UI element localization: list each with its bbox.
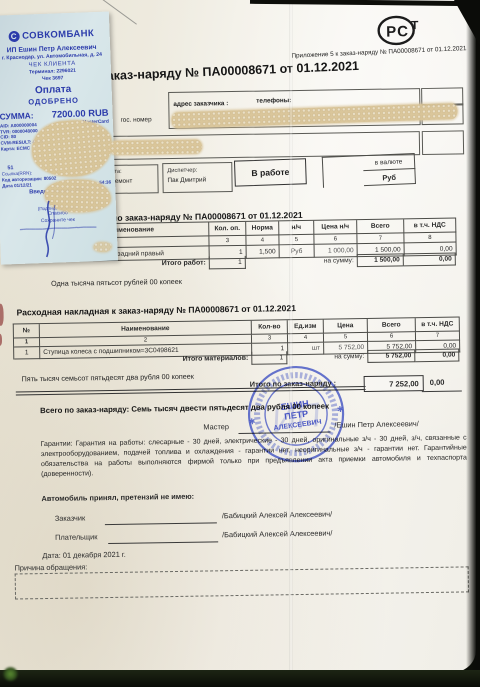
background-green-spot [3,667,18,681]
payer-label: Плательщик [55,532,97,542]
mat-sum: 5 752,00 [367,349,415,363]
payer-name: /Бабицкий Алексей Алексеевич/ [222,529,332,540]
stamp-star-right: ✱ [336,405,344,415]
mat-h-price: Цена [324,319,368,334]
materials-heading: Расходная накладная к заказ-наряду № ПА0… [16,303,296,317]
mat-total-label: Итого материалов: [13,352,251,369]
customer-name: /Бабицкий Алексей Алексеевич/ [222,510,332,521]
works-h-norm: Норма [246,221,279,236]
works-h-total: Всего [357,219,404,234]
materials-amount-words: Пять тысяч семьсот пятьдесят два рубля 0… [22,372,194,384]
company-stamp: ✱ ✱ ИП ЕШИН ПЕТР АЛЕКСЕЕВИЧ [235,356,358,474]
mat-total-qty: 1 [251,351,287,365]
grand-total-sum: 7 252,00 [364,375,424,392]
amount-label: СУММА: [0,110,34,122]
customer-signature-line [105,521,217,525]
address-label: адрес заказчика : [173,100,228,108]
reason-label: Причина обращения: [15,562,88,572]
date-line: Дата: 01 декабря 2021 г. [42,550,125,560]
mat-h-vat: в т.ч. НДС [416,317,460,332]
works-sum-label: на сумму: [314,254,357,268]
photo-edge-right [466,0,480,687]
works-amount-words: Одна тысяча пятьсот рублей 00 копеек [51,277,182,288]
dispatcher-label: Диспетчер: [167,168,197,174]
redaction-vehicle-info [110,140,202,155]
rst-letter-s: С [397,23,408,40]
works-h-price: Цена н/ч [314,220,357,235]
pen-signature-squiggle [35,199,66,263]
receipt-date: Дата 01/12/21 [2,182,32,189]
bank-logo-row: C СОВКОМБАНК [0,28,110,44]
mat-h-qty: Кол-во [252,320,288,335]
stamp-star-left: ✱ [248,417,256,427]
currency-table: в валюте Руб [322,153,416,188]
dispatcher-box: Диспетчер: Пак Дмитрий [162,162,232,193]
red-edge-mark-2 [0,334,2,346]
photo-edge-bottom [0,670,480,687]
mat-h-no: № [14,324,40,338]
mat-h-unit: Ед.изм [288,320,324,335]
status-box: В работе [234,158,307,186]
rst-letter-r: Р [386,23,396,40]
works-coln-3: 3 [209,236,246,247]
works-sum: 1 500,00 [357,253,404,267]
currency-value: Руб [363,169,416,186]
master-label: Мастер [203,422,229,431]
works-total-qty: 1 [209,256,246,270]
document-content: Р С Т Приложение 5 к заказ-наряду № ПА00… [0,0,480,676]
mat-coln-1: 1 [14,338,40,347]
works-h-qty: Кол. оп. [209,222,246,237]
works-coln-4: 4 [246,235,279,246]
works-coln-6: 6 [314,234,357,245]
document-paper: Р С Т Приложение 5 к заказ-наряду № ПА00… [0,0,476,672]
rst-letter-t: Т [411,18,419,32]
dispatcher-name: Пак Дмитрий [167,176,206,184]
works-h-vat: в т.ч. НДС [404,219,456,234]
rst-certification-icon: Р С Т [375,13,422,50]
grand-total-vat-rule [422,389,462,392]
works-vat: 0,00 [404,253,456,267]
works-h-nch: н/ч [279,221,314,236]
paper-fold-crease [289,0,293,672]
plate-label: гос. номер [120,116,151,123]
phones-label: телефоны: [256,97,291,105]
customer-label: Заказчик [55,513,85,522]
amount-value: 7200.00 RUB [52,106,109,120]
bank-name: СОВКОМБАНК [22,28,94,43]
payer-signature-line [108,540,218,544]
right-box-3 [422,130,464,155]
mat-h-total: Всего [368,318,416,333]
grand-total-vat: 0,00 [430,378,445,387]
acceptance-line: Автомобиль принял, претензий не имею: [41,492,194,503]
page-title: Заказ-наряду № ПА00008671 от 01.12.2021 [99,59,360,83]
works-coln-5: 5 [279,235,314,246]
red-edge-mark-1 [0,304,4,326]
sovcombank-logo-icon: C [8,31,19,42]
mat-vat: 0,00 [415,349,459,363]
